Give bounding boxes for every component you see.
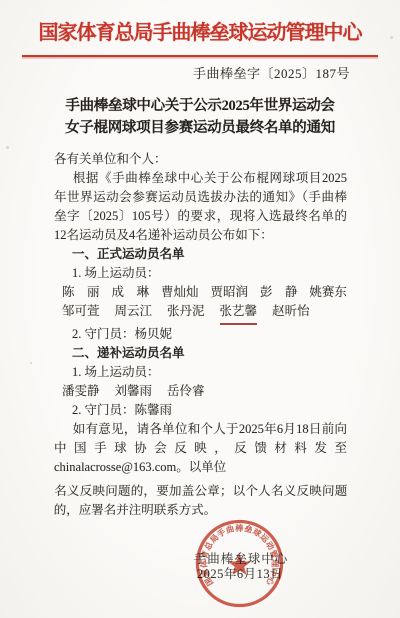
player-name: 刘馨雨	[115, 382, 153, 401]
title-line-2: 女子棍网球项目参赛运动员最终名单的通知	[0, 117, 400, 139]
player-name: 陈 丽	[62, 283, 100, 302]
player-name: 彭 静	[260, 283, 298, 302]
player-name: 姚赛东	[309, 283, 347, 302]
closing-paragraph-1: 如有意见，请各单位和个人于2025年6月18日前向中国手球协会反映，反馈材料发至…	[54, 420, 347, 477]
player-name: 岳伶睿	[167, 382, 205, 401]
official-players-row-1: 陈 丽成 琳曹灿灿贾昭润彭 静姚赛东	[54, 283, 347, 302]
player-name: 成 琳	[111, 283, 149, 302]
reserve-field-label: 1. 场上运动员：	[54, 363, 347, 382]
reserve-players-row: 潘雯静刘馨雨岳伶睿	[54, 382, 347, 401]
letterhead-org-name: 国家体育总局手曲棒垒球运动管理中心	[0, 16, 400, 45]
document-scan: 国家体育总局手曲棒垒球运动管理中心 手曲棒垒字〔2025〕187号 手曲棒垒球中…	[0, 0, 400, 618]
letterhead-red-rule	[22, 55, 378, 57]
official-goalkeeper-line: 2. 守门员：杨贝妮	[54, 325, 347, 344]
document-title: 手曲棒垒球中心关于公示2025年世界运动会 女子棍网球项目参赛运动员最终名单的通…	[0, 95, 400, 139]
document-body: 各有关单位和个人： 根据《手曲棒垒球中心关于公布棍网球项目2025年世界运动会参…	[54, 150, 347, 520]
official-players-row-2: 邹可萱周云江张丹泥张艺馨赵昕怡	[54, 302, 347, 325]
player-name: 赵昕怡	[272, 302, 310, 325]
intro-paragraph: 根据《手曲棒垒球中心关于公布棍网球项目2025年世界运动会参赛运动员选拔办法的通…	[54, 169, 347, 245]
player-name: 邹可萱	[62, 302, 100, 325]
closing-paragraph-2: 名义反映问题的，要加盖公章；以个人名义反映问题的，应署名并注明联系方式。	[54, 482, 348, 520]
player-name: 张艺馨	[220, 302, 258, 325]
section-official-heading: 一、正式运动员名单	[54, 245, 347, 264]
reserve-goalkeeper-line: 2. 守门员：陈馨雨	[54, 401, 347, 420]
player-name: 贾昭润	[210, 283, 248, 302]
player-name: 潘雯静	[62, 382, 100, 401]
player-name: 张丹泥	[167, 302, 205, 325]
signature-date: 2025年6月13日	[120, 564, 360, 582]
player-name: 曹灿灿	[161, 283, 199, 302]
official-field-label: 1. 场上运动员：	[54, 264, 347, 283]
salutation: 各有关单位和个人：	[54, 150, 347, 169]
document-number: 手曲棒垒字〔2025〕187号	[0, 63, 350, 82]
title-line-1: 手曲棒垒球中心关于公示2025年世界运动会	[0, 95, 400, 117]
section-reserve-heading: 二、递补运动员名单	[54, 344, 347, 363]
player-name: 周云江	[115, 302, 153, 325]
